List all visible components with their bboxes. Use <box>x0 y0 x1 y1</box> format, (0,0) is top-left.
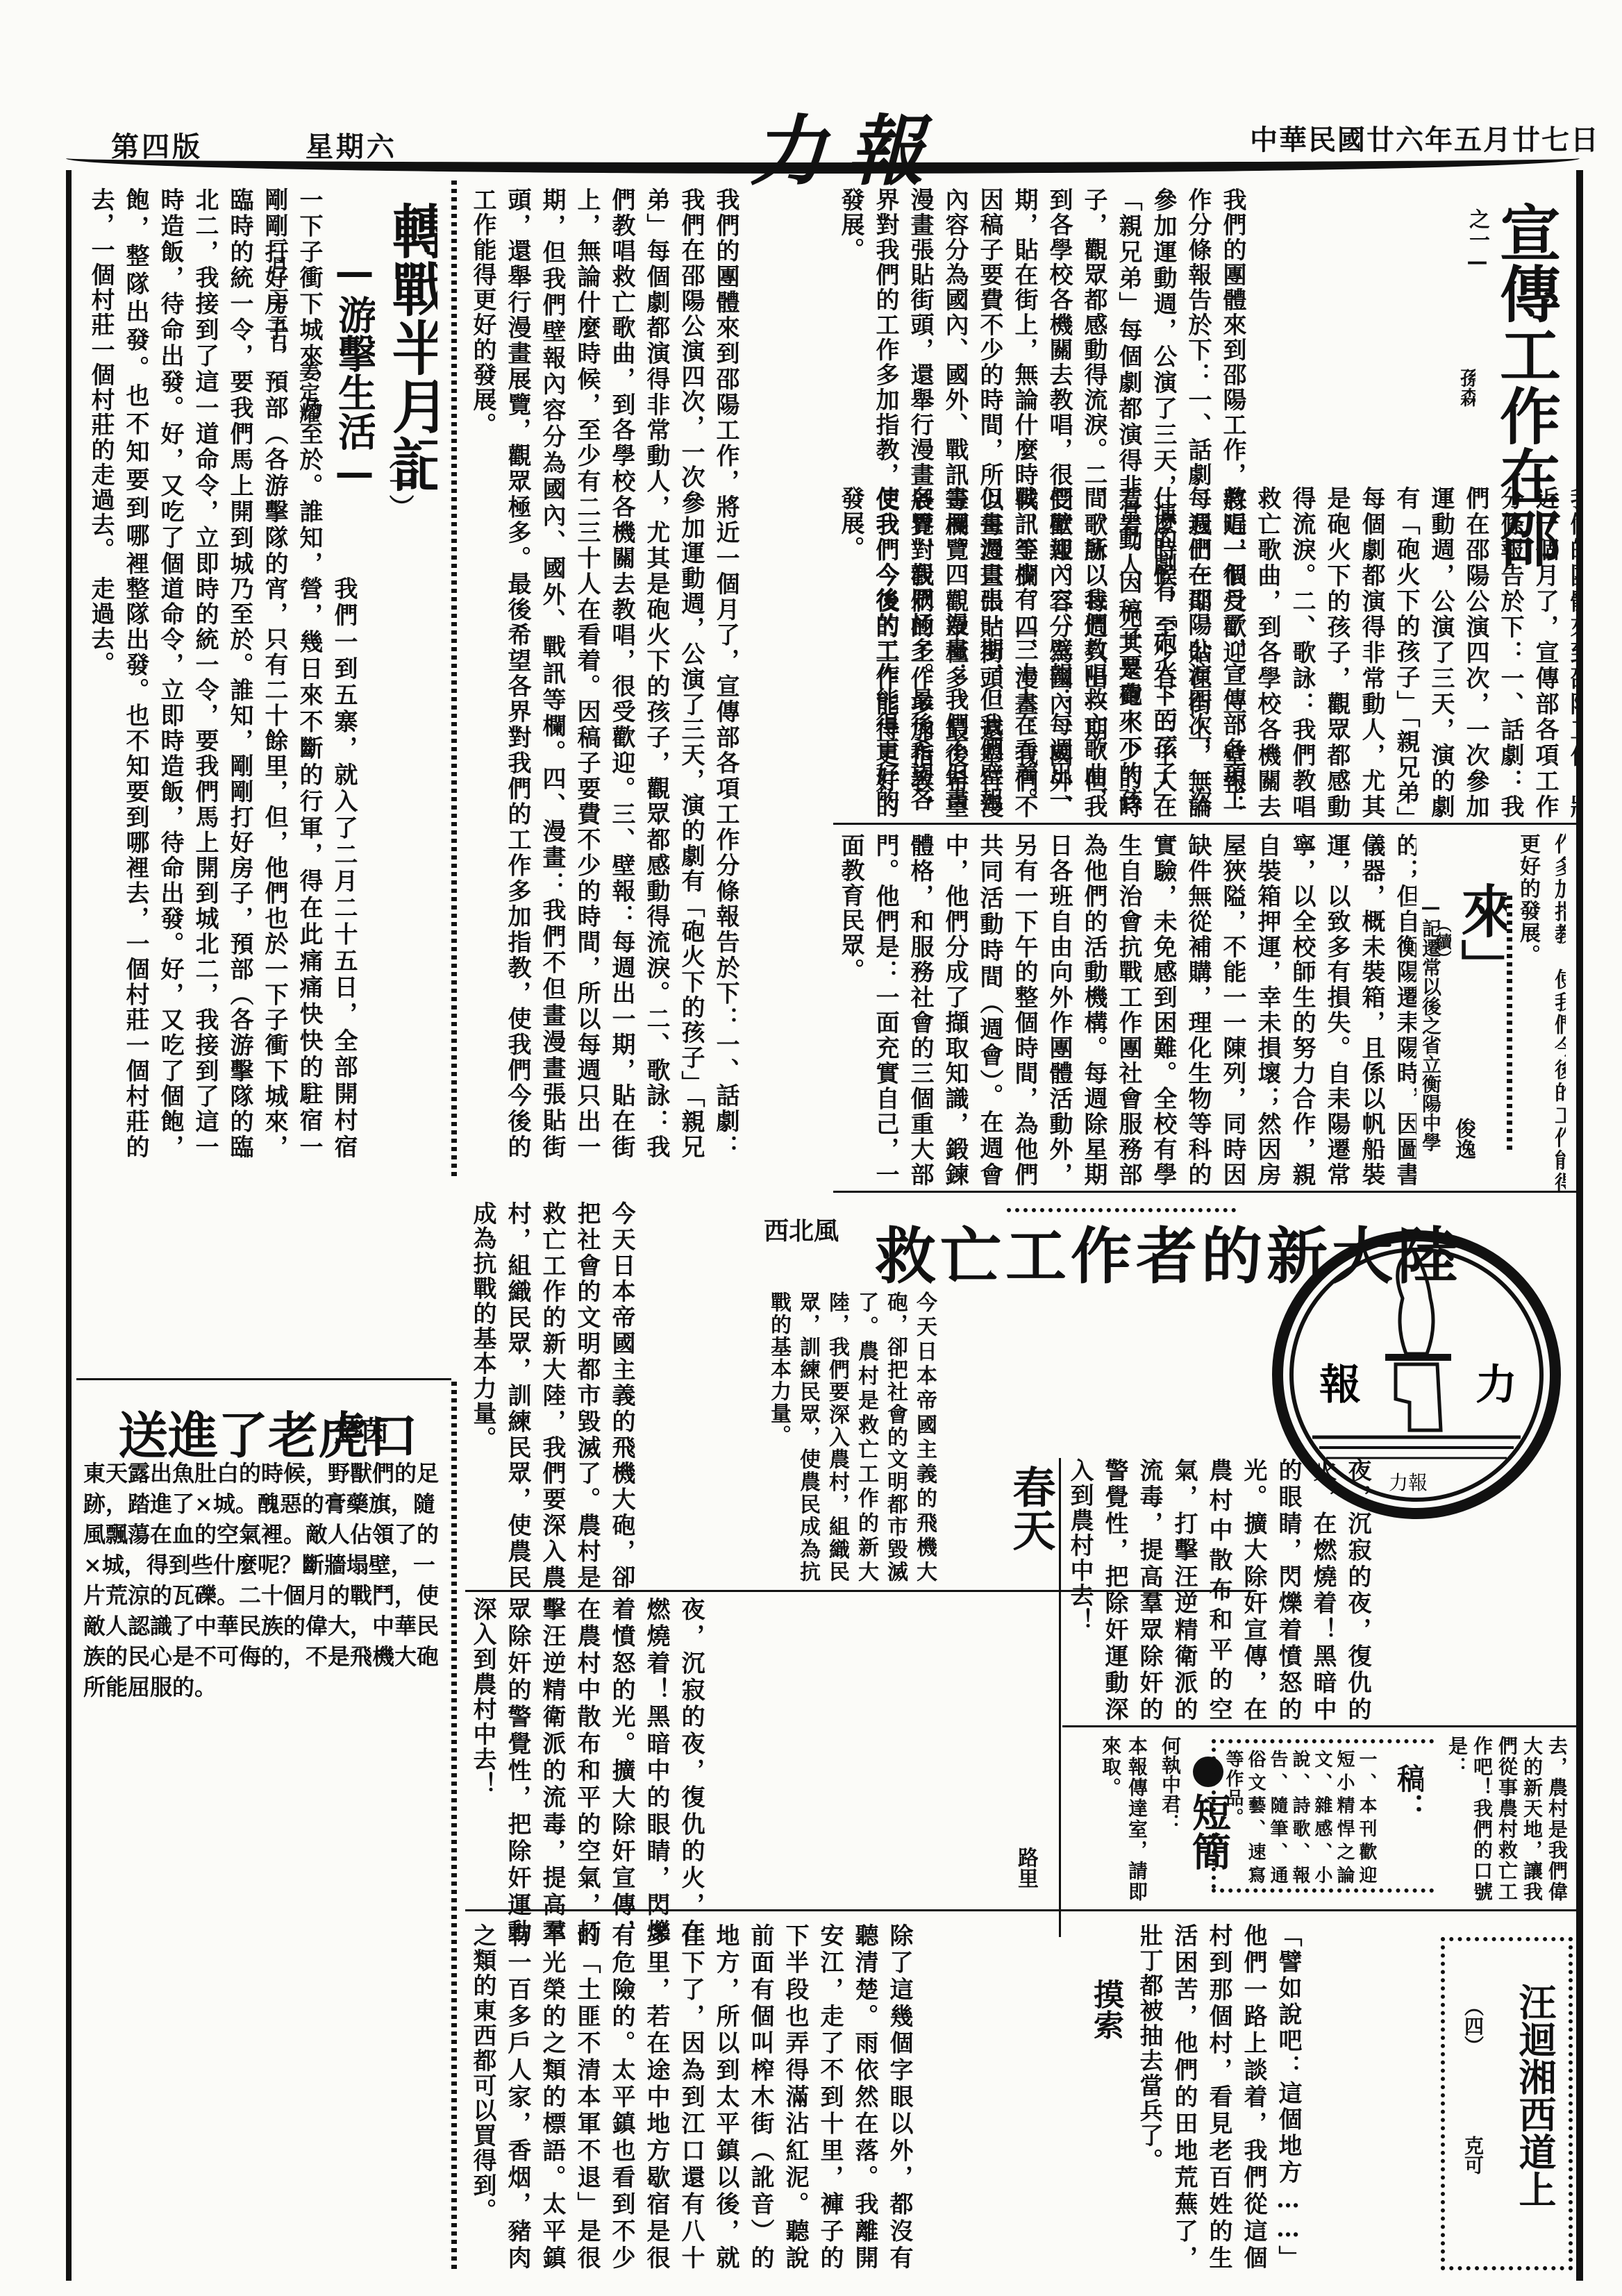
short-notes-recipient-block: 何執中君： <box>1156 1736 1184 1902</box>
campaign-subtitle: —游擊生活— <box>326 250 375 496</box>
dotted-box-bottom <box>1212 1888 1434 1893</box>
dotted-box-top <box>1212 1739 1434 1743</box>
campaign-body-bottom: 我們一到五寨，就入了二月二十五日，全部開村宿營，幾日來不斷的行軍，得在此痛痛快快… <box>83 576 444 1159</box>
divider-4 <box>76 1378 451 1380</box>
logo-right-char: 力 <box>1475 1361 1517 1409</box>
campaign-author-block: 姜定耀 <box>292 361 319 472</box>
south-body: 儀器圖書，在衡陽原來是很完備的；但自衡陽遷耒陽時，因圖書儀器，概未裝箱，且係以帆… <box>833 833 1416 1187</box>
dotted-box-left <box>1212 1739 1216 1888</box>
cfp-headline: 副刊徵稿： <box>1389 1763 1423 1888</box>
campaign-subtitle-block: —游擊生活— <box>326 250 375 542</box>
night-spring-headline-block: 擾動了！夜底春天 <box>1000 1465 1055 1729</box>
propaganda-body-left: 我們的團體來到邵陽工作，將近一個月了，宣傳部各項工作分條報告於下：一、話劇：我們… <box>465 187 826 1159</box>
divider-6 <box>465 1909 1580 1911</box>
south-continued-block: （續） <box>1430 916 1451 965</box>
propaganda-body-cont: 我們的團體來到邵陽工作，將近一個月了，宣傳部各項工作分條報告於下：一、話劇：我們… <box>833 486 1576 819</box>
rural-call-body: 戰爭緊迫了，敵人逼迫着我們到農村去，農村是我們偉大的新天地，讓我們從事農村救亡工… <box>1444 1736 1569 1902</box>
bullet-icon <box>1193 1757 1223 1787</box>
tiger-body: 東天露出魚肚白的時候，野獸們的足跡，踏進了×城。醜惡的膏藥旗，隨風飄蕩在血的空氣… <box>83 1458 444 2270</box>
short-notes-recipient: 何執中君： <box>1156 1736 1184 1833</box>
propaganda-body-text-3: 我們的團體來到邵陽工作，將近一個月了，宣傳部各項工作分條報告於下：一、話劇：我們… <box>465 187 743 1159</box>
rural-body-text: 夜，沉寂的夜，復仇的火，在燃燒着！黑暗中的眼睛，閃爍着憤怒的光。擴大除奸宣傳，在… <box>1062 1458 1375 1722</box>
wavy-divider-3 <box>451 1382 457 2270</box>
wang-body-text: 「譬如說吧：這個地方……」他們一路上談着，我們從這個村到那個村，看見老百姓的生活… <box>1132 1923 1305 2270</box>
masthead: 第四版 星期六 力報 中華民國廿六年五月廿七日 <box>0 0 1622 167</box>
banner-author: 西北風 <box>764 1212 839 1247</box>
wang-headline: 汪迴湘西道上 <box>1508 1983 1562 2208</box>
wang-part: （四） <box>1459 1997 1487 2055</box>
tiger-author: 楚茵 <box>333 1409 389 1449</box>
divider <box>833 823 1580 825</box>
logo-left-char: 報 <box>1319 1361 1361 1409</box>
issue-date: 中華民國廿六年五月廿七日 <box>1250 118 1600 158</box>
south-continued: （續） <box>1430 916 1451 965</box>
propaganda-author-block: 孫森 <box>1455 368 1475 472</box>
yunhai-body: 除了這幾個字眼以外，都沒有聽清楚。雨依然在落。我離開安江，走了不到十里，褲子的下… <box>465 1923 1118 2270</box>
wang-title-box: 汪迴湘西道上 （四） 克可 <box>1441 1937 1573 2270</box>
south-author: 俊逸 <box>1448 1118 1475 1159</box>
hand-icon <box>1396 1364 1441 1430</box>
yunhai-headline: 在雲海中摸索 <box>1083 1979 1125 2118</box>
night-spring-body: 夜，沉寂的夜，復仇的火，在燃燒着！黑暗中的眼睛，閃爍着憤怒的光。擴大除奸宣傳，在… <box>465 1597 993 1944</box>
yunhai-body-text: 除了這幾個字眼以外，都沒有聽清楚。雨依然在落。我離開安江，走了不到十里，褲子的下… <box>465 1923 917 2270</box>
vertical-divider <box>1059 1458 1061 1937</box>
short-notes-body: 育英童抗團回信存本報傳達室，請即來取。 <box>1097 1736 1153 1902</box>
campaign-part: （一） <box>382 444 417 519</box>
night-spring-author-block: 路里 <box>1010 1847 1038 1916</box>
south-intro-body: 我們的團體來到邵陽工作，將近一個月了，宣傳部各項工作分條報告於下：一、話劇：我們… <box>1510 833 1566 1194</box>
call-for-papers-items: 一、本刊歡迎短小精悍之論文、雜感、小說、詩歌、報告、隨筆、通俗文藝、速寫等作品。 <box>1222 1750 1389 1885</box>
wang-author: 克可 <box>1459 2136 1487 2175</box>
cfp-item-1: 一、本刊歡迎短小精悍之論文、雜感、小說、詩歌、報告、隨筆、通俗文藝、速寫等作品。 <box>1222 1750 1378 1885</box>
short-notes-body-text: 育英童抗團回信存本報傳達室，請即來取。 <box>1097 1736 1153 1902</box>
banner-body-left: 今天日本帝國主義的飛機大砲，卻把社會的文明都市毀滅了。農村是救亡工作的新大陸，我… <box>465 1201 757 1590</box>
night-spring-body-text: 夜，沉寂的夜，復仇的火，在燃燒着！黑暗中的眼睛，閃爍着憤怒的光。擴大除奸宣傳，在… <box>465 1597 708 1944</box>
propaganda-author: 孫森 <box>1455 368 1475 407</box>
yunhai-headline-block: 在雲海中摸索 <box>1083 1979 1125 2118</box>
wang-body: 「譬如說吧：這個地方……」他們一路上談着，我們從這個村到那個村，看見老百姓的生活… <box>1132 1923 1410 2270</box>
cfp-headline-block: 副刊徵稿： <box>1389 1763 1423 1888</box>
campaign-date-heading: 二月二十五日 <box>264 236 292 353</box>
wavy-divider <box>451 181 457 1180</box>
night-spring-author: 路里 <box>1010 1847 1038 1888</box>
banner-body-text-2: 今天日本帝國主義的飛機大砲，卻把社會的文明都市毀滅了。農村是救亡工作的新大陸，我… <box>764 1291 939 1583</box>
campaign-body-text-2: 我們一到五寨，就入了二月二十五日，全部開村宿營，幾日來不斷的行軍，得在此痛痛快快… <box>83 576 361 1159</box>
campaign-date-block: 二月二十五日 <box>264 236 292 375</box>
south-author-block: 俊逸 <box>1448 1118 1475 1194</box>
campaign-author: 姜定耀 <box>292 361 319 424</box>
south-body-text: 儀器圖書，在衡陽原來是很完備的；但自衡陽遷耒陽時，因圖書儀器，概未裝箱，且係以帆… <box>833 833 1416 1187</box>
wavy-divider-2 <box>1507 896 1512 1153</box>
tiger-body-text: 東天露出魚肚白的時候，野獸們的足跡，踏進了×城。醜惡的膏藥旗，隨風飄蕩在血的空氣… <box>83 1458 444 1702</box>
night-spring-headline: 擾動了！夜底春天 <box>1000 1465 1055 1729</box>
banner-body-text: 今天日本帝國主義的飛機大砲，卻把社會的文明都市毀滅了。農村是救亡工作的新大陸，我… <box>465 1201 639 1590</box>
torch-flame-icon <box>1398 1250 1433 1354</box>
rural-body: 夜，沉寂的夜，復仇的火，在燃燒着！黑暗中的眼睛，閃爍着憤怒的光。擴大除奸宣傳，在… <box>1062 1458 1576 1722</box>
propaganda-body-text-2: 我們的團體來到邵陽工作，將近一個月了，宣傳部各項工作分條報告於下：一、話劇：我們… <box>833 486 1576 819</box>
divider-5 <box>1062 1725 1580 1727</box>
campaign-part-block: （一） <box>382 444 424 528</box>
rural-call-block: 戰爭緊迫了，敵人逼迫着我們到農村去，農村是我們偉大的新天地，讓我們從事農村救亡工… <box>1444 1736 1569 1902</box>
divider-2 <box>833 1191 1580 1193</box>
south-intro-text: 我們的團體來到邵陽工作，將近一個月了，宣傳部各項工作分條報告於下：一、話劇：我們… <box>1510 833 1566 1194</box>
dotted-rule <box>1007 1208 1236 1212</box>
